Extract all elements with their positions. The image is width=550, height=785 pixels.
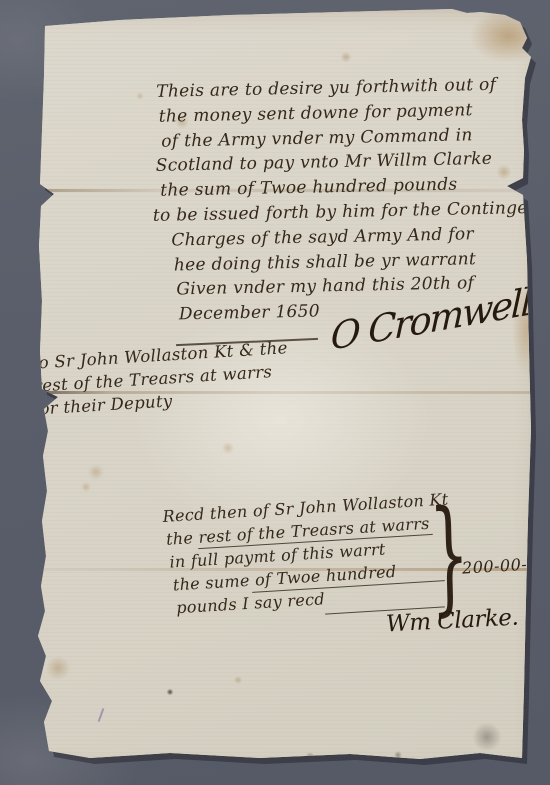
pen-mark	[98, 708, 105, 722]
amount-value: 200-00-00	[462, 553, 550, 577]
clarke-signature: Wm Clarke.	[385, 605, 518, 638]
amount-brace: }	[428, 492, 471, 620]
manuscript-photo: Theis are to desire yu forthwith out of …	[0, 0, 550, 785]
address-block: To Sr John Wollaston Kt & the rest of th…	[28, 336, 291, 421]
receipt-block: Recd then of Sr John Wollaston Kt the re…	[162, 488, 455, 620]
paper-sheet: Theis are to desire yu forthwith out of …	[0, 0, 550, 785]
